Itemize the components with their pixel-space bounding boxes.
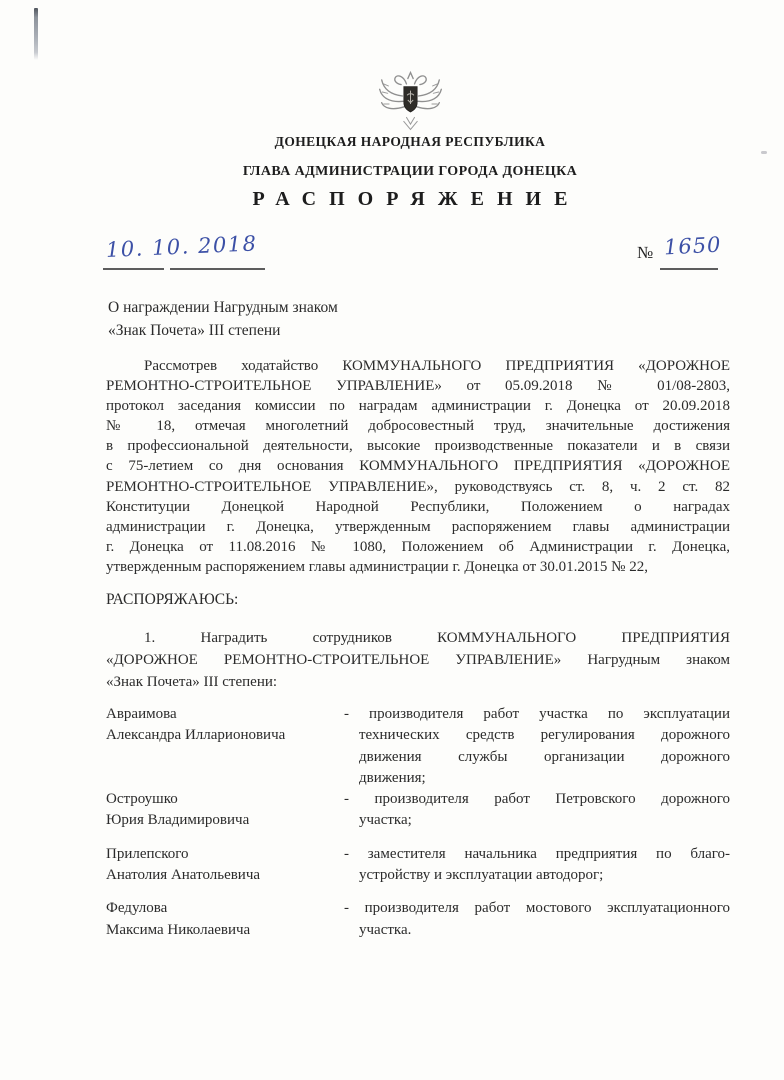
- awardee-name: ФедуловаМаксима Николаевича: [106, 898, 344, 941]
- text-line: с 75-летием со дня основания КОММУНАЛЬНО…: [106, 456, 730, 476]
- date-underline-1: [103, 268, 164, 270]
- award-entry: ПрилепскогоАнатолия Анатольевича- замест…: [106, 844, 730, 887]
- award-entry: ФедуловаМаксима Николаевича- производите…: [106, 898, 730, 941]
- text-line: Остроушко: [106, 789, 344, 810]
- text-line: г. Донецка от 11.08.2016 № 1080, Положен…: [106, 537, 730, 557]
- document-page: ДОНЕЦКАЯ НАРОДНАЯ РЕСПУБЛИКА ГЛАВА АДМИН…: [0, 0, 784, 1080]
- text-line: утвержденным распоряжением главы админис…: [106, 557, 730, 577]
- awardee-name: АвраимоваАлександра Илларионовича: [106, 704, 344, 789]
- text-line: Рассмотрев ходатайство КОММУНАЛЬНОГО ПРЕ…: [106, 356, 730, 376]
- text-line: Александра Илларионовича: [106, 725, 344, 746]
- text-line: Конституции Донецкой Народной Республики…: [106, 497, 730, 517]
- text-line: устройству и эксплуатации автодорог;: [359, 865, 730, 886]
- text-line: «Знак Почета» III степени:: [106, 671, 730, 693]
- text-line: в профессиональной деятельности, высокие…: [106, 436, 730, 456]
- text-line: № 18, отмечая многолетний добросовестный…: [106, 416, 730, 436]
- awardee-position: - производителя работ Петровского дорожн…: [344, 789, 730, 832]
- text-line: участка.: [359, 920, 730, 941]
- header-authority: ГЛАВА АДМИНИСТРАЦИИ ГОРОДА ДОНЕЦКА: [110, 164, 710, 180]
- text-line: технических средств регулирования дорожн…: [359, 725, 730, 746]
- text-line: РЕМОНТНО-СТРОИТЕЛЬНОЕ УПРАВЛЕНИЕ» от 05.…: [106, 376, 730, 396]
- text-line: Максима Николаевича: [106, 920, 344, 941]
- decree-word: РАСПОРЯЖАЮСЬ:: [106, 591, 238, 609]
- date-underline-2: [170, 268, 265, 270]
- text-line: - заместителя начальника предприятия по …: [359, 844, 730, 865]
- text-line: движения службы организации дорожного: [359, 747, 730, 768]
- text-line: Прилепского: [106, 844, 344, 865]
- text-line: Юрия Владимировича: [106, 810, 344, 831]
- coat-of-arms-icon: [377, 69, 444, 136]
- text-line: - производителя работ Петровского дорожн…: [359, 789, 730, 810]
- awardee-position: - производителя работ участка по эксплуа…: [344, 704, 730, 789]
- text-line: участка;: [359, 810, 730, 831]
- awardee-position: - заместителя начальника предприятия по …: [344, 844, 730, 887]
- text-line: протокол заседания комиссии по наградам …: [106, 396, 730, 416]
- awardee-name: ПрилепскогоАнатолия Анатольевича: [106, 844, 344, 887]
- date-handwritten: 10. 10. 2018: [105, 231, 257, 262]
- text-line: Федулова: [106, 898, 344, 919]
- awardee-name: ОстроушкоЮрия Владимировича: [106, 789, 344, 832]
- number-underline: [660, 268, 718, 270]
- awardee-position: - производителя работ мостового эксплуат…: [344, 898, 730, 941]
- text-line: О награждении Нагрудным знаком: [108, 297, 338, 320]
- award-entry: ОстроушкоЮрия Владимировича- производите…: [106, 789, 730, 832]
- scan-artifact-speck: [761, 151, 767, 154]
- text-line: администрации г. Донецка, утвержденным р…: [106, 517, 730, 537]
- number-handwritten: 1650: [663, 233, 722, 260]
- scan-artifact-line: [34, 8, 38, 60]
- award-entry: АвраимоваАлександра Илларионовича- произ…: [106, 704, 730, 789]
- text-line: «ДОРОЖНОЕ РЕМОНТНО-СТРОИТЕЛЬНОЕ УПРАВЛЕН…: [106, 649, 730, 671]
- text-line: РЕМОНТНО-СТРОИТЕЛЬНОЕ УПРАВЛЕНИЕ», руков…: [106, 477, 730, 497]
- text-line: 1. Наградить сотрудников КОММУНАЛЬНОГО П…: [106, 627, 730, 649]
- text-line: «Знак Почета» III степени: [108, 320, 338, 343]
- text-line: Анатолия Анатольевича: [106, 865, 344, 886]
- text-line: - производителя работ мостового эксплуат…: [359, 898, 730, 919]
- order-item-1: 1. Наградить сотрудников КОММУНАЛЬНОГО П…: [106, 627, 730, 693]
- header-country: ДОНЕЦКАЯ НАРОДНАЯ РЕСПУБЛИКА: [110, 134, 710, 150]
- document-type-title: РАСПОРЯЖЕНИЕ: [110, 188, 710, 211]
- awards-list: АвраимоваАлександра Илларионовича- произ…: [106, 704, 730, 941]
- preamble-paragraph: Рассмотрев ходатайство КОММУНАЛЬНОГО ПРЕ…: [106, 356, 730, 577]
- text-line: - производителя работ участка по эксплуа…: [359, 704, 730, 725]
- number-sign: №: [637, 243, 653, 263]
- subject-heading: О награждении Нагрудным знаком«Знак Поче…: [108, 297, 338, 342]
- text-line: движения;: [359, 768, 730, 789]
- text-line: Авраимова: [106, 704, 344, 725]
